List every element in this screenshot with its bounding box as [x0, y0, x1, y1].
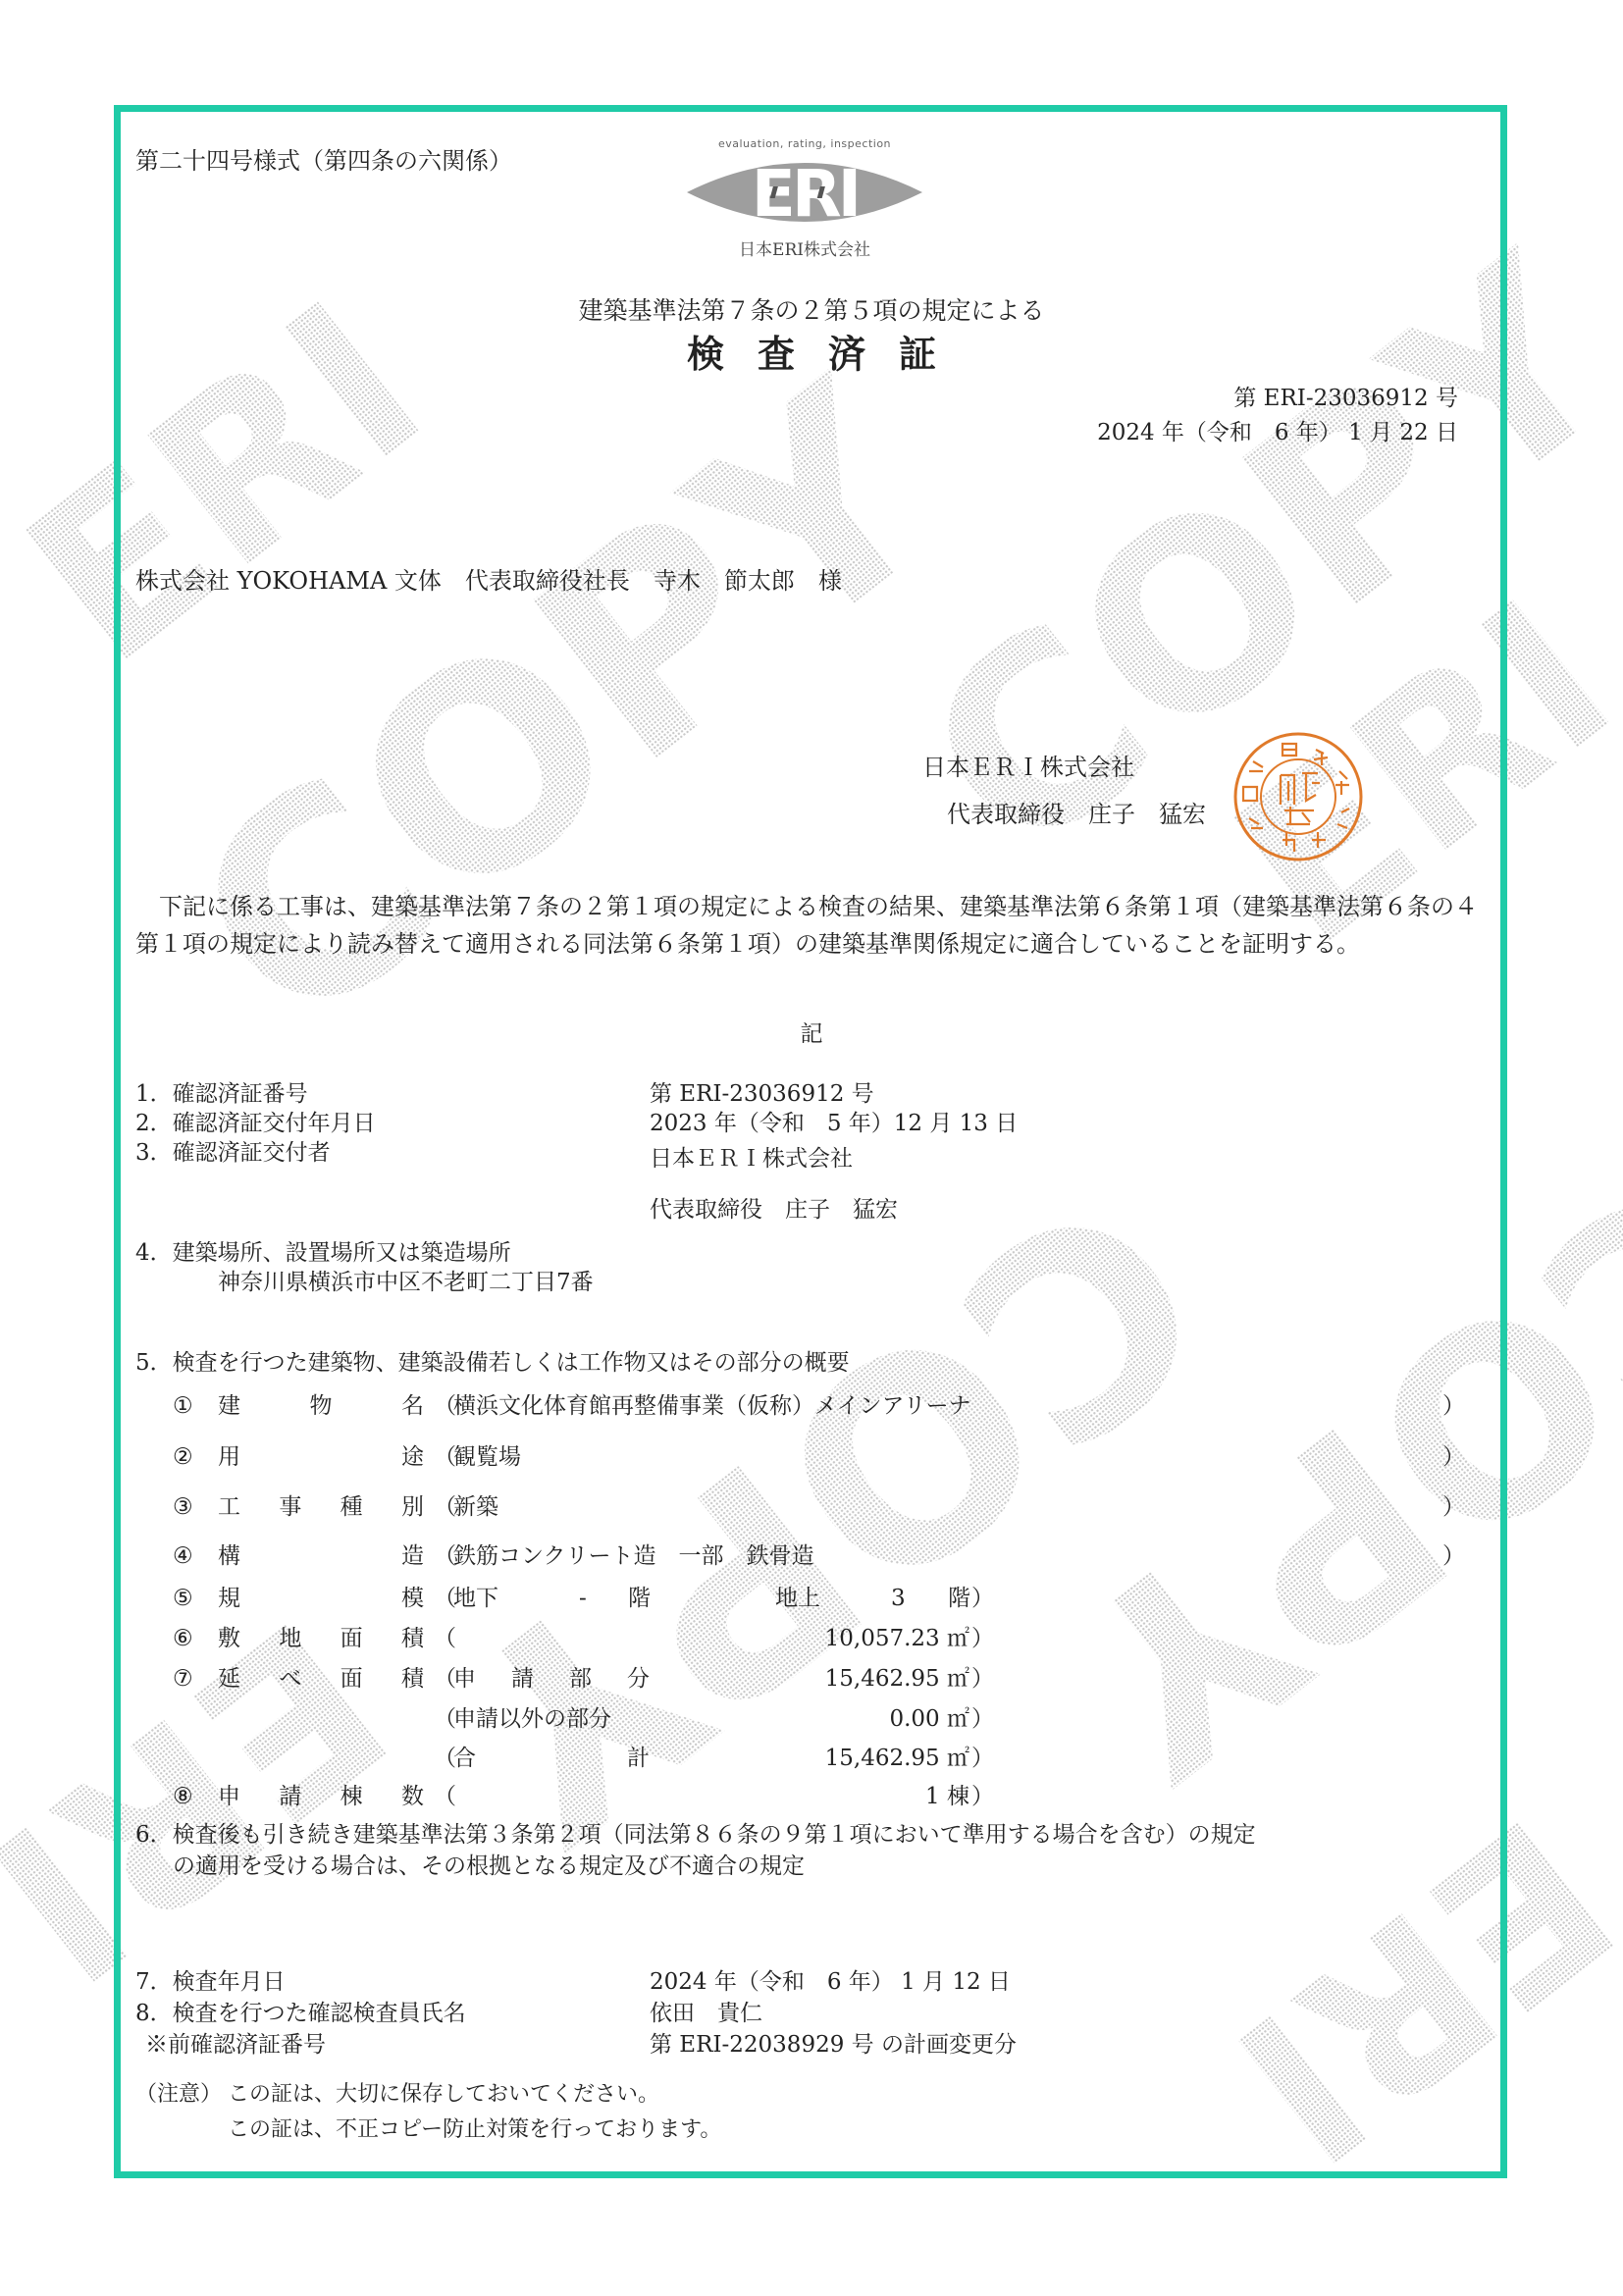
close-paren: ）	[1442, 1545, 1465, 1568]
company-seal-icon	[1231, 730, 1365, 863]
inspector-value: 依田 貴仁	[650, 2003, 762, 2025]
label-char: 延	[218, 1668, 240, 1691]
label-char: 面	[340, 1628, 363, 1650]
floor-area-total-label: 合 計	[453, 1748, 650, 1770]
scale-above-unit: 階	[948, 1588, 970, 1610]
floor-area-applied-value: 15,462.95 ㎡	[687, 1668, 969, 1691]
scale-number: ⑤	[173, 1588, 193, 1610]
use-label: 用 途	[218, 1446, 424, 1469]
label-char: べ	[279, 1668, 301, 1691]
open-paren: （	[434, 1786, 456, 1808]
close-paren: ）	[971, 1588, 994, 1610]
label-char: 棟	[340, 1786, 363, 1808]
scale-below-unit: 階	[628, 1588, 651, 1610]
notes-line-2: この証は、不正コピー防止対策を行っております。	[228, 2119, 721, 2141]
certificate-issue-date: 2024 年（令和 6 年） 1 月 22 日	[1097, 422, 1458, 444]
close-paren: ）	[971, 1668, 994, 1691]
structure-number: ④	[173, 1545, 193, 1568]
label-char: 部	[569, 1668, 592, 1691]
floor-area-number: ⑦	[173, 1668, 193, 1691]
label-char: 途	[401, 1446, 424, 1469]
nonconformity-label: 6．検査後も引き続き建築基準法第３条第２項（同法第８６条の９第１項において準用す…	[135, 1824, 1256, 1847]
location-label: 4．建築場所、設置場所又は築造場所	[135, 1242, 511, 1265]
label-char: 建	[218, 1395, 240, 1418]
label-char: 積	[401, 1628, 424, 1650]
document-title: 検査済証	[0, 336, 1623, 373]
building-count-number: ⑧	[173, 1786, 193, 1808]
confirmation-date-label: 2．確認済証交付年月日	[135, 1113, 376, 1135]
label-char: 種	[340, 1496, 363, 1519]
previous-cert-value: 第 ERI-22038929 号 の計画変更分	[650, 2034, 1017, 2057]
logo-tagline: evaluation, rating, inspection	[662, 137, 947, 150]
label-char: 事	[279, 1496, 301, 1519]
label-char: 積	[401, 1668, 424, 1691]
label-char: 工	[218, 1496, 240, 1519]
label-char: 規	[218, 1588, 240, 1610]
structure-label: 構 造	[218, 1545, 424, 1568]
floor-area-other-label: 申請以外の部分	[453, 1708, 611, 1731]
label-char: 別	[401, 1496, 424, 1519]
close-paren: ）	[971, 1748, 994, 1770]
certificate-number: 第 ERI-23036912 号	[1233, 388, 1458, 410]
close-paren: ）	[1442, 1395, 1465, 1418]
inspector-label: 8．検査を行つた確認検査員氏名	[135, 2003, 466, 2025]
notes-prefix: （注意）	[135, 2084, 222, 2106]
eri-lens-icon: ERI	[687, 153, 922, 232]
label-char: 模	[401, 1588, 424, 1610]
site-area-number: ⑥	[173, 1628, 193, 1650]
confirmation-number-value: 第 ERI-23036912 号	[650, 1083, 874, 1106]
scale-above-label: 地上	[775, 1588, 820, 1610]
building-count-label: 申 請 棟 数	[218, 1786, 424, 1808]
work-type-value: 新築	[453, 1496, 498, 1519]
law-reference: 建築基準法第７条の２第５項の規定による	[0, 298, 1623, 323]
label-char: 敷	[218, 1628, 240, 1650]
floor-area-total-value: 15,462.95 ㎡	[687, 1748, 969, 1770]
close-paren: ）	[971, 1628, 994, 1650]
label-char: 請	[279, 1786, 301, 1808]
confirmation-issuer-label: 3．確認済証交付者	[135, 1142, 331, 1165]
ki-heading: 記	[0, 1023, 1623, 1046]
certification-statement: 下記に係る工事は、建築基準法第７条の２第１項の規定による検査の結果、建築基準法第…	[135, 888, 1490, 963]
structure-value: 鉄筋コンクリート造 一部 鉄骨造	[453, 1545, 814, 1568]
label-char: 申	[218, 1786, 240, 1808]
building-count-value: 1 棟	[687, 1786, 969, 1808]
building-name-value: 横浜文化体育館再整備事業（仮称）メインアリーナ	[453, 1395, 971, 1418]
work-type-label: 工 事 種 別	[218, 1496, 424, 1519]
label-char: 構	[218, 1545, 240, 1568]
label-char: 物	[310, 1395, 333, 1418]
scale-above-value: 3	[891, 1588, 906, 1610]
open-paren: （	[434, 1628, 456, 1650]
close-paren: ）	[971, 1708, 994, 1731]
label-char: 名	[401, 1395, 424, 1418]
addressee: 株式会社 YOKOHAMA 文体 代表取締役社長 寺木 節太郎 様	[135, 569, 842, 593]
close-paren: ）	[1442, 1496, 1465, 1519]
previous-cert-label: ※前確認済証番号	[145, 2034, 326, 2057]
label-char: 合	[453, 1748, 476, 1770]
label-char: 請	[511, 1668, 534, 1691]
use-value: 観覧場	[453, 1446, 521, 1469]
label-char: 地	[279, 1628, 301, 1650]
scale-below-label: 地下	[453, 1588, 498, 1610]
floor-area-other-value: 0.00 ㎡	[687, 1708, 969, 1731]
floor-area-applied-label: 申 請 部 分	[453, 1668, 650, 1691]
confirmation-date-value: 2023 年（令和 5 年）12 月 13 日	[650, 1113, 1018, 1135]
svg-text:ERI: ERI	[752, 156, 858, 232]
site-area-label: 敷 地 面 積	[218, 1628, 424, 1650]
building-name-number: ①	[173, 1395, 193, 1418]
label-char: 分	[627, 1668, 650, 1691]
close-paren: ）	[1442, 1446, 1465, 1469]
confirmation-number-label: 1．確認済証番号	[135, 1083, 308, 1106]
use-number: ②	[173, 1446, 193, 1469]
label-char: 申	[453, 1668, 476, 1691]
confirmation-issuer-rep: 代表取締役 庄子 猛宏	[650, 1199, 898, 1222]
label-char: 数	[401, 1786, 424, 1808]
label-char: 面	[340, 1668, 363, 1691]
nonconformity-label-cont: の適用を受ける場合は、その根拠となる規定及び不適合の規定	[173, 1855, 805, 1878]
summary-label: 5．検査を行つた建築物、建築設備若しくは工作物又はその部分の概要	[135, 1352, 850, 1375]
label-char: 用	[218, 1446, 240, 1469]
logo-company-name: 日本ERI株式会社	[662, 235, 947, 260]
notes-line-1: この証は、大切に保存しておいてください。	[228, 2084, 659, 2106]
inspection-date-value: 2024 年（令和 6 年） 1 月 12 日	[650, 1971, 1011, 1994]
close-paren: ）	[971, 1786, 994, 1808]
scale-below-value: -	[579, 1588, 587, 1610]
form-identifier: 第二十四号様式（第四条の六関係）	[135, 149, 512, 173]
issuer-company: 日本ＥＲＩ株式会社	[922, 756, 1134, 779]
location-value: 神奈川県横浜市中区不老町二丁目7番	[218, 1272, 594, 1294]
eri-logo: evaluation, rating, inspection ERI 日本ERI…	[662, 137, 947, 260]
work-type-number: ③	[173, 1496, 193, 1519]
building-name-label: 建 物 名	[218, 1395, 424, 1418]
confirmation-issuer-company: 日本ＥＲＩ株式会社	[650, 1148, 853, 1171]
label-char: 造	[401, 1545, 424, 1568]
inspection-date-label: 7．検査年月日	[135, 1971, 286, 1994]
issuer-representative: 代表取締役 庄子 猛宏	[947, 803, 1206, 826]
label-char: 計	[627, 1748, 650, 1770]
floor-area-label: 延 べ 面 積	[218, 1668, 424, 1691]
scale-label: 規 模	[218, 1588, 424, 1610]
site-area-value: 10,057.23 ㎡	[687, 1628, 969, 1650]
